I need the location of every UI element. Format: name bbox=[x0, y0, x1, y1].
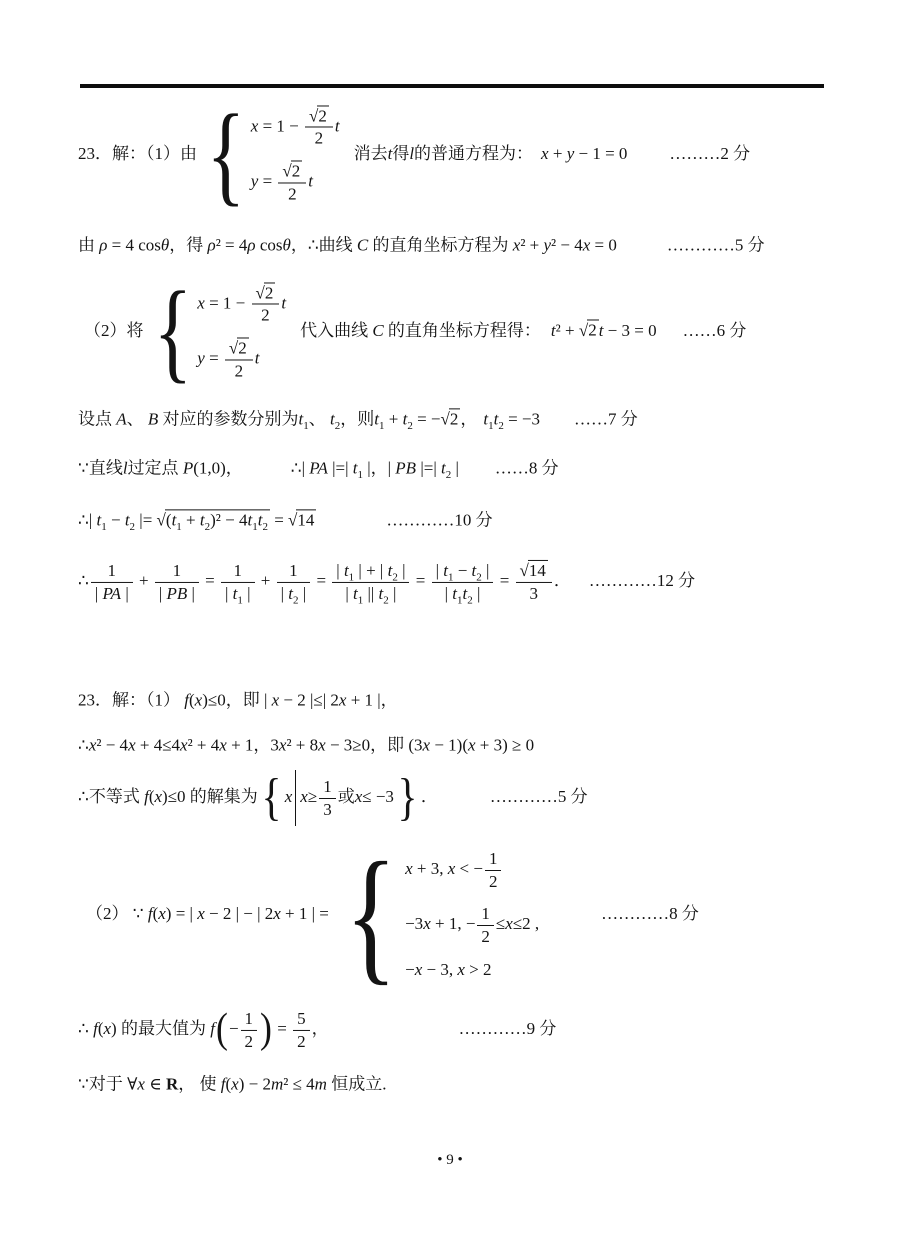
spacer bbox=[541, 335, 551, 336]
line-q23a-polar-to-rect: 由 ρ = 4 cosθ，得 ρ² = 4ρ cosθ，∴曲线 C 的直角坐标方… bbox=[78, 234, 765, 255]
radicand: 2 bbox=[237, 338, 249, 358]
spacer bbox=[438, 801, 490, 802]
math-variable: x bbox=[423, 735, 431, 754]
text-run: 5 bbox=[297, 1009, 306, 1028]
radicand: 2 bbox=[291, 161, 303, 181]
text-run: 2 bbox=[318, 106, 327, 125]
text-run: 1 bbox=[481, 904, 490, 923]
numerator: 5 bbox=[293, 1009, 310, 1031]
denominator: 2 bbox=[225, 360, 253, 381]
cases-row: x + 3, x < −12 bbox=[405, 849, 503, 891]
radicand: 2 bbox=[449, 408, 461, 428]
text-run: 2 bbox=[297, 1032, 306, 1051]
spacer bbox=[342, 158, 354, 159]
text-run: − 3, bbox=[422, 960, 457, 979]
cases-rows: x = 1 − √22ty = √22t bbox=[197, 283, 286, 380]
math-variable: x bbox=[468, 735, 476, 754]
math-variable: x bbox=[318, 735, 326, 754]
denominator: 3 bbox=[319, 799, 336, 820]
text-run: 2 bbox=[235, 361, 244, 380]
math-variable: x bbox=[180, 735, 188, 754]
math-variable: x bbox=[158, 904, 166, 923]
text-run: 1 bbox=[245, 1009, 254, 1028]
text-run: −3 bbox=[405, 914, 423, 933]
cases-rows: x = 1 − √22ty = √22t bbox=[251, 106, 340, 203]
spacer bbox=[288, 335, 300, 336]
text-run: 3 bbox=[529, 584, 538, 603]
text-run: − bbox=[229, 1019, 239, 1038]
math-variable: x bbox=[128, 735, 136, 754]
sqrt-radical: √2 bbox=[579, 320, 599, 340]
text-run: − 3 = 0 bbox=[603, 321, 656, 340]
text-run: = bbox=[258, 171, 276, 190]
math-variable: x bbox=[505, 914, 513, 933]
spacer bbox=[617, 249, 667, 250]
text-run: + 3, bbox=[413, 859, 448, 878]
text-run: 1 bbox=[173, 561, 182, 580]
fraction: √22 bbox=[250, 283, 282, 325]
text-run: ∴ bbox=[78, 1019, 93, 1038]
spacer bbox=[540, 423, 574, 424]
spacer bbox=[627, 158, 669, 159]
cases-rows: x + 3, x < −12−3x + 1, −12≤x≤2 ,−x − 3, … bbox=[405, 849, 539, 980]
line-q23b-part1-setup: 23．解：（1） f(x)≤0，即 | x − 2 |≤| 2x + 1 |， bbox=[78, 689, 398, 710]
numerator: | t1 − t2 | bbox=[432, 561, 494, 583]
denominator: | t1t2 | bbox=[432, 583, 494, 604]
text-run: = 1 − bbox=[258, 116, 303, 135]
math-variable: t bbox=[308, 171, 313, 190]
math-variable: PA bbox=[102, 584, 121, 603]
sqrt-radical: √14 bbox=[288, 509, 316, 529]
math-variable: x bbox=[405, 859, 413, 878]
text-run: …………8 分 bbox=[601, 904, 699, 923]
set-brace: { bbox=[261, 775, 281, 822]
text-run: − bbox=[405, 960, 415, 979]
set-brace: } bbox=[397, 775, 417, 822]
text-run: | bbox=[336, 561, 344, 580]
line-q23a-part2-substitution: （2）将{x = 1 − √22ty = √22t代入曲线 C 的直角坐标方程得… bbox=[84, 280, 746, 383]
line-q23b-piecewise-definition: （2） ∵ f(x) = | x − 2 | − | 2x + 1 | = {x… bbox=[86, 846, 699, 984]
text-run: 2 bbox=[261, 306, 270, 325]
sqrt-radical: √2 bbox=[256, 282, 276, 302]
line-q23a-vieta-parameters: 设点 A、 B 对应的参数分别为t1、 t2，则t1 + t2 = −√2，t1… bbox=[78, 408, 638, 429]
math-variable: x bbox=[423, 914, 431, 933]
numerator: 1 bbox=[91, 561, 133, 583]
text-run: | bbox=[398, 561, 406, 580]
math-variable: t bbox=[335, 116, 340, 135]
math-variable: x bbox=[541, 144, 549, 163]
text-run: 14 bbox=[529, 561, 546, 580]
math-variable: C bbox=[372, 321, 383, 340]
text-run: ∴不等式 bbox=[78, 787, 144, 806]
text-run: 2 bbox=[292, 162, 301, 181]
numerator: √2 bbox=[252, 283, 280, 305]
line-q23a-difference-of-roots: ∴| t1 − t2 |= √(t1 + t2)² − 4t1t2 = √14…… bbox=[78, 509, 493, 530]
fraction: 1| t1 | bbox=[219, 561, 257, 603]
denominator: | t1 || t2 | bbox=[332, 583, 409, 604]
text-run: |=| bbox=[328, 458, 353, 477]
fraction: √22 bbox=[223, 339, 255, 381]
radicand: (t1 + t2)² − 4t1t2 bbox=[165, 509, 270, 529]
fraction: 12 bbox=[483, 849, 504, 891]
text-run: )≤0，即 | bbox=[202, 690, 271, 709]
numerator: 1 bbox=[319, 777, 336, 799]
text-run: 设点 bbox=[78, 409, 116, 428]
text-run: = bbox=[273, 1019, 291, 1038]
math-bold: R bbox=[166, 1074, 178, 1093]
numerator: 1 bbox=[241, 1009, 258, 1031]
text-run: ∴| bbox=[78, 510, 96, 529]
text-run: 2 bbox=[588, 321, 597, 340]
text-run: 消去 bbox=[354, 144, 388, 163]
radical-sign: √ bbox=[256, 283, 264, 302]
numerator: 1 bbox=[477, 904, 494, 926]
math-variable: x bbox=[197, 904, 205, 923]
fraction: 1| PB | bbox=[153, 561, 201, 603]
text-run: 代入曲线 bbox=[300, 321, 372, 340]
math-variable: x bbox=[103, 1019, 111, 1038]
denominator: | t2 | bbox=[277, 583, 311, 604]
fraction: 1| PA | bbox=[89, 561, 135, 603]
text-run: | bbox=[473, 584, 481, 603]
radical-sign: √ bbox=[229, 339, 237, 358]
sqrt-radical: √2 bbox=[282, 161, 302, 181]
text-run: |= bbox=[135, 510, 157, 529]
math-variable: x bbox=[197, 293, 205, 312]
line-q23b-squared-expansion: ∴x² − 4x + 4≤4x² + 4x + 1，3x² + 8x − 3≥0… bbox=[78, 734, 534, 755]
text-run: 的直角坐标方程为 bbox=[368, 235, 513, 254]
text-run: 23．解：（1）由 bbox=[78, 144, 197, 163]
text-run: ， 使 bbox=[178, 1074, 221, 1093]
text-run: ≤2 , bbox=[513, 914, 539, 933]
radicand: 2 bbox=[587, 320, 599, 340]
denominator: 2 bbox=[252, 305, 280, 326]
text-run: (1,0)， bbox=[193, 458, 243, 477]
text-run: | bbox=[345, 584, 353, 603]
denominator: 2 bbox=[293, 1031, 310, 1052]
sqrt-radical: √2 bbox=[309, 105, 329, 125]
text-run: | bbox=[243, 584, 251, 603]
math-variable: θ bbox=[282, 235, 290, 254]
text-run: ……7 分 bbox=[574, 409, 638, 428]
text-run: = 1 − bbox=[205, 293, 250, 312]
fraction: 1| t2 | bbox=[275, 561, 313, 603]
text-run: + 1 |， bbox=[346, 690, 397, 709]
text-run: + 3) ≥ 0 bbox=[476, 735, 535, 754]
text-run: | bbox=[121, 584, 129, 603]
text-run: 1 bbox=[289, 561, 298, 580]
numerator: √2 bbox=[225, 339, 253, 361]
text-run: （2）将 bbox=[84, 321, 144, 340]
text-run: |=| bbox=[416, 458, 441, 477]
text-run: + bbox=[182, 510, 200, 529]
text-run: 2 bbox=[238, 339, 247, 358]
text-run: 2 bbox=[265, 283, 274, 302]
text-run: | + | bbox=[354, 561, 387, 580]
math-variable: ρ bbox=[208, 235, 216, 254]
text-run: ∈ bbox=[145, 1074, 166, 1093]
denominator: 2 bbox=[278, 183, 306, 204]
numerator: | t1 | + | t2 | bbox=[332, 561, 409, 583]
text-run: 对应的参数分别为 bbox=[158, 409, 298, 428]
fraction: 13 bbox=[317, 777, 338, 819]
math-variable: B bbox=[148, 409, 158, 428]
fraction: 12 bbox=[475, 904, 496, 946]
math-variable: x bbox=[273, 904, 281, 923]
text-run: + 1, − bbox=[431, 914, 476, 933]
sqrt-radical: √2 bbox=[229, 338, 249, 358]
text-run: = − bbox=[413, 409, 441, 428]
text-run: ∵直线 bbox=[78, 458, 123, 477]
numerator: 1 bbox=[277, 561, 311, 583]
cases-row: −x − 3, x > 2 bbox=[405, 959, 491, 980]
cases-row: −3x + 1, −12≤x≤2 , bbox=[405, 904, 539, 946]
cases-row: x = 1 − √22t bbox=[197, 283, 286, 325]
text-run: …………5 分 bbox=[667, 235, 765, 254]
text-run: 由 bbox=[78, 235, 99, 254]
text-run: ) = | bbox=[166, 904, 197, 923]
header-rule bbox=[80, 84, 824, 88]
text-run: + 1，3 bbox=[227, 735, 279, 754]
text-run: ≥ bbox=[308, 787, 317, 806]
radicand: 14 bbox=[296, 509, 316, 529]
radicand: 2 bbox=[264, 282, 276, 302]
sqrt-radical: √(t1 + t2)² − 4t1t2 bbox=[157, 509, 270, 529]
cases-row: x = 1 − √22t bbox=[251, 106, 340, 148]
text-run: …………5 分 bbox=[490, 787, 588, 806]
subscript: 2 bbox=[262, 521, 268, 533]
text-run: cos bbox=[256, 235, 283, 254]
text-run: ……6 分 bbox=[683, 321, 747, 340]
text-run: ≤ −3 bbox=[362, 787, 394, 806]
text-run: ) − 2 bbox=[239, 1074, 271, 1093]
text-run: + bbox=[257, 571, 275, 590]
text-run: | bbox=[451, 458, 459, 477]
numerator: 1 bbox=[485, 849, 502, 871]
text-run: = −3 bbox=[504, 409, 540, 428]
cases-left-brace: { bbox=[345, 846, 397, 984]
math-variable: x bbox=[219, 735, 227, 754]
math-variable: A bbox=[116, 409, 126, 428]
cases-left-brace: { bbox=[153, 280, 192, 383]
text-run: < − bbox=[455, 859, 483, 878]
math-variable: x bbox=[231, 1074, 239, 1093]
spacer bbox=[329, 1033, 459, 1034]
spacer bbox=[243, 472, 291, 473]
fraction: | t1 | + | t2 || t1 || t2 | bbox=[330, 561, 411, 603]
page-number: • 9 • bbox=[0, 1152, 900, 1169]
spacer bbox=[541, 918, 601, 919]
text-run: = 0 bbox=[590, 235, 617, 254]
text-run: || bbox=[363, 584, 378, 603]
text-run: ，则 bbox=[340, 409, 374, 428]
line-q23a-parametric-elimination: 23．解：（1）由{x = 1 − √22ty = √22t消去t得l的普通方程… bbox=[78, 103, 750, 206]
text-run: 1 bbox=[234, 561, 243, 580]
text-run: 3 bbox=[323, 800, 332, 819]
text-run: − bbox=[453, 561, 471, 580]
text-run: = bbox=[205, 348, 223, 367]
text-run: − bbox=[107, 510, 125, 529]
radical-sign: √ bbox=[520, 561, 528, 580]
text-run: 2 bbox=[450, 409, 459, 428]
text-run: …………9 分 bbox=[459, 1019, 557, 1038]
math-variable: PA bbox=[309, 458, 328, 477]
math-variable: P bbox=[183, 458, 193, 477]
text-run: | bbox=[482, 561, 490, 580]
text-run: ∴ bbox=[78, 735, 89, 754]
line-q23b-forall-condition: ∵对于 ∀x ∈ R， 使 f(x) − 2m² ≤ 4m 恒成立. bbox=[78, 1073, 386, 1094]
spacer bbox=[316, 524, 386, 525]
text-run: ……8 分 bbox=[495, 458, 559, 477]
denominator: 2 bbox=[305, 128, 333, 149]
text-run: ． bbox=[421, 787, 438, 806]
text-run: ． bbox=[554, 571, 571, 590]
text-run: = bbox=[312, 571, 330, 590]
text-run: | bbox=[225, 584, 233, 603]
text-run: 的普通方程为： bbox=[414, 144, 533, 163]
text-run: ≤ bbox=[496, 914, 505, 933]
math-variable: x bbox=[300, 787, 308, 806]
sqrt-radical: √14 bbox=[520, 560, 548, 580]
text-run: ，得 bbox=[169, 235, 207, 254]
big-paren: ( bbox=[216, 1011, 228, 1049]
text-run: + 4≤4 bbox=[136, 735, 180, 754]
math-variable: C bbox=[357, 235, 368, 254]
fraction: √22 bbox=[303, 106, 335, 148]
numerator: √14 bbox=[516, 561, 552, 583]
numerator: √2 bbox=[278, 162, 306, 184]
radical-sign: √ bbox=[441, 409, 449, 428]
text-run: > 2 bbox=[465, 960, 492, 979]
math-variable: f bbox=[210, 1019, 215, 1038]
spacer bbox=[459, 472, 495, 473]
line-q23a-fixed-point-distances: ∵直线l过定点 P(1,0)，∴| PA |=| t1 |，| PB |=| t… bbox=[78, 457, 559, 478]
math-variable: y bbox=[197, 348, 205, 367]
cases-group: {x = 1 − √22ty = √22t bbox=[199, 103, 340, 206]
denominator: 2 bbox=[241, 1031, 258, 1052]
math-variable: m bbox=[315, 1074, 327, 1093]
text-run: | bbox=[187, 584, 195, 603]
text-run: ∴| bbox=[291, 458, 309, 477]
text-run: )≤0 的解集为 bbox=[162, 787, 258, 806]
text-run: 14 bbox=[297, 510, 314, 529]
math-variable: x bbox=[154, 787, 162, 806]
text-run: − 1)( bbox=[430, 735, 468, 754]
text-run: 2 bbox=[288, 184, 297, 203]
text-run: 过定点 bbox=[128, 458, 183, 477]
text-run: ² − 4 bbox=[96, 735, 128, 754]
math-variable: m bbox=[271, 1074, 283, 1093]
spacer bbox=[657, 335, 683, 336]
text-run: = bbox=[495, 571, 513, 590]
radicand: 2 bbox=[317, 105, 329, 125]
text-run: − 2 |≤| 2 bbox=[279, 690, 339, 709]
numerator: 1 bbox=[221, 561, 255, 583]
denominator: | PB | bbox=[155, 583, 199, 604]
denominator: 2 bbox=[485, 871, 502, 892]
radical-sign: √ bbox=[157, 510, 165, 529]
text-run: ² + 4 bbox=[188, 735, 220, 754]
text-run: 恒成立. bbox=[327, 1074, 387, 1093]
text-run: 23．解：（1） bbox=[78, 690, 184, 709]
text-run: |，| bbox=[363, 458, 395, 477]
math-variable: t bbox=[281, 293, 286, 312]
text-run: 、 bbox=[127, 409, 148, 428]
text-run: ² = 4 bbox=[216, 235, 248, 254]
numerator: 1 bbox=[155, 561, 199, 583]
text-run: ² − 4 bbox=[551, 235, 583, 254]
set-divider-bar bbox=[295, 770, 296, 826]
spacer bbox=[571, 585, 589, 586]
radicand: 14 bbox=[528, 560, 548, 580]
denominator: 3 bbox=[516, 583, 552, 604]
text-run: 2 bbox=[489, 872, 498, 891]
math-variable: t bbox=[255, 348, 260, 367]
math-variable: PB bbox=[166, 584, 187, 603]
text-run: ² + 8 bbox=[286, 735, 318, 754]
text-run: 1 bbox=[323, 777, 332, 796]
text-run: …………12 分 bbox=[589, 571, 695, 590]
text-run: + bbox=[384, 409, 402, 428]
cases-row: y = √22t bbox=[251, 162, 313, 204]
text-run: ………2 分 bbox=[669, 144, 750, 163]
text-run: − 3≥0，即 (3 bbox=[326, 735, 423, 754]
text-run: ) 的最大值为 bbox=[111, 1019, 210, 1038]
cases-group: {x + 3, x < −12−3x + 1, −12≤x≤2 ,−x − 3,… bbox=[335, 846, 539, 984]
document-page: 23．解：（1）由{x = 1 − √22ty = √22t消去t得l的普通方程… bbox=[0, 0, 900, 1246]
fraction: | t1 − t2 || t1t2 | bbox=[430, 561, 496, 603]
text-run: 或 bbox=[338, 787, 355, 806]
math-variable: x bbox=[285, 787, 293, 806]
text-run: 1 bbox=[489, 849, 498, 868]
radical-sign: √ bbox=[282, 162, 290, 181]
text-run: = 4 cos bbox=[107, 235, 161, 254]
text-run: 得 bbox=[392, 144, 409, 163]
numerator: √2 bbox=[305, 106, 333, 128]
line-q23a-final-fraction-chain: ∴1| PA | + 1| PB | = 1| t1 | + 1| t2 | =… bbox=[78, 561, 695, 603]
spacer bbox=[533, 158, 541, 159]
text-run: ∵对于 ∀ bbox=[78, 1074, 137, 1093]
text-run: 2 bbox=[315, 129, 324, 148]
text-run: ， bbox=[312, 1019, 329, 1038]
text-run: 的直角坐标方程得： bbox=[384, 321, 541, 340]
text-run: + bbox=[549, 144, 567, 163]
math-variable: PB bbox=[395, 458, 416, 477]
math-variable: x bbox=[137, 1074, 145, 1093]
text-run: ² + bbox=[556, 321, 579, 340]
text-run: )² − 4 bbox=[210, 510, 247, 529]
math-variable: x bbox=[457, 960, 465, 979]
cases-group: {x = 1 − √22ty = √22t bbox=[146, 280, 287, 383]
text-run: ² ≤ 4 bbox=[283, 1074, 314, 1093]
big-paren: ) bbox=[260, 1011, 272, 1049]
text-run: − 1 = 0 bbox=[574, 144, 627, 163]
denominator: | PA | bbox=[91, 583, 133, 604]
fraction: √22 bbox=[276, 162, 308, 204]
denominator: 2 bbox=[477, 926, 494, 947]
text-run: 2 bbox=[245, 1032, 254, 1051]
text-run: ，∴曲线 bbox=[291, 235, 357, 254]
line-q23b-solution-set: ∴不等式 f(x)≤0 的解集为{xx≥13或x≤ −3}．…………5 分 bbox=[78, 770, 588, 826]
text-run: = bbox=[411, 571, 429, 590]
text-run: + 1 | = bbox=[281, 904, 333, 923]
cases-row: y = √22t bbox=[197, 339, 259, 381]
sqrt-radical: √2 bbox=[441, 408, 461, 428]
text-run: ， bbox=[460, 409, 477, 428]
cases-left-brace: { bbox=[207, 103, 246, 206]
math-variable: ρ bbox=[247, 235, 255, 254]
text-run: | bbox=[299, 584, 307, 603]
